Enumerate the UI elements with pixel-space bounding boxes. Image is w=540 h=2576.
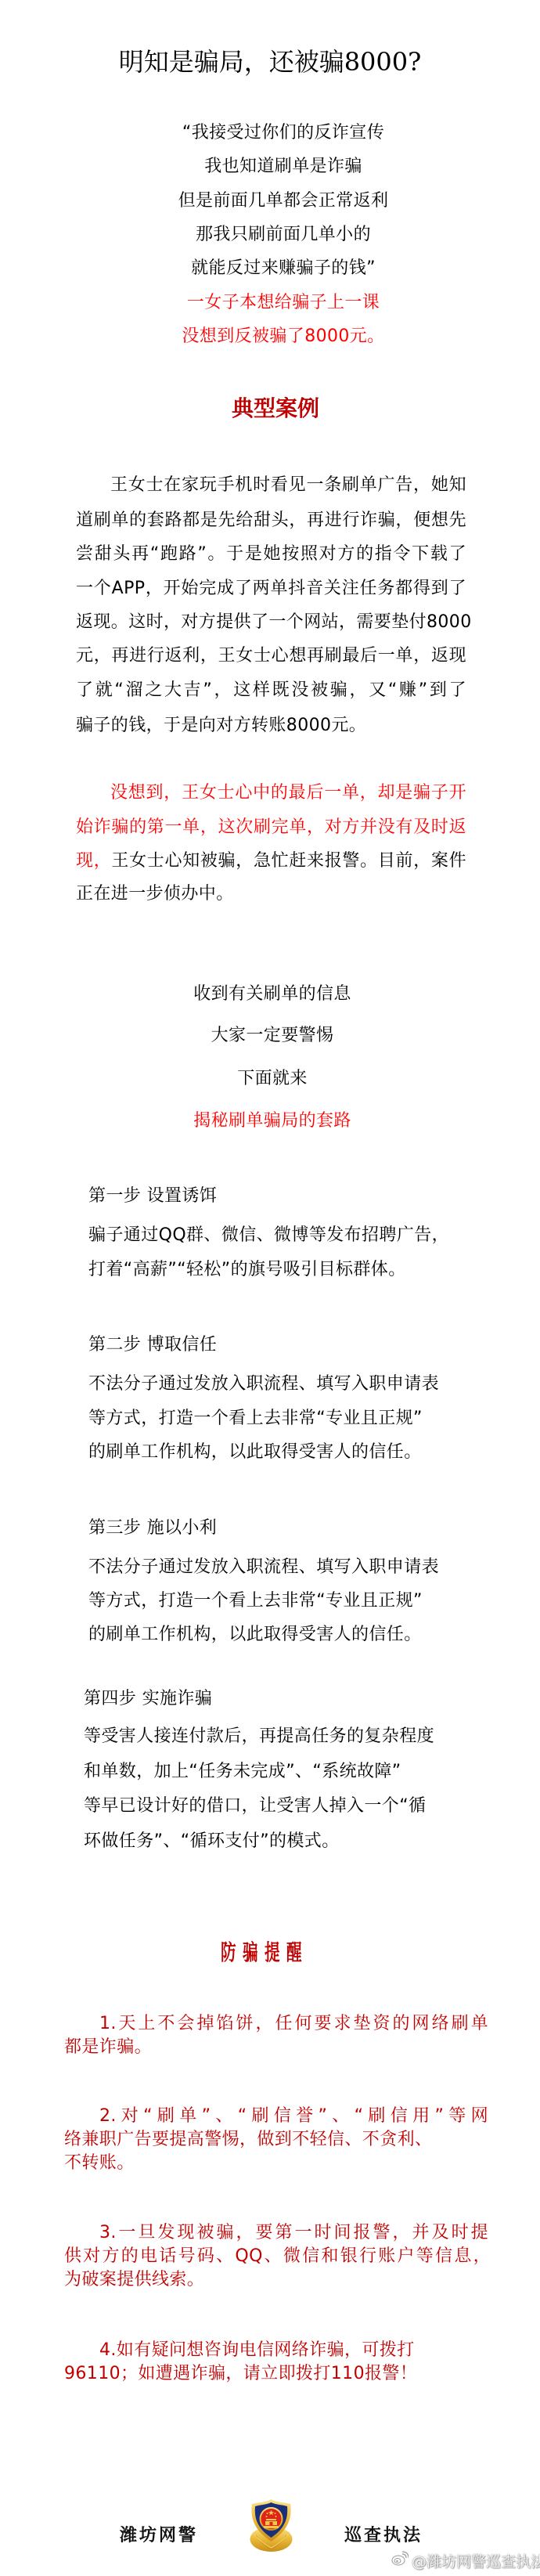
transition-line: 大家一定要警惕 [2, 1024, 540, 1048]
step-line: 等方式，打造一个看上去非常“专业且正规” [88, 1407, 423, 1431]
paragraph-line: 王女士在家玩手机时看见一条刷单广告，她知 [110, 474, 466, 497]
tip-line: 不转账。 [64, 2152, 491, 2175]
step-title: 第一步 设置诱饵 [88, 1185, 217, 1208]
step-line: 环做任务”、“循环支付”的模式。 [84, 1830, 340, 1853]
watermark-text: @潍坊网警巡查执法 [412, 2550, 540, 2571]
step-line: 的刷单工作机构，以此取得受害人的信任。 [88, 1441, 422, 1464]
transition-line: 下面就来 [2, 1067, 540, 1091]
tip-line: 3.一旦发现被骗，要第一时间报警，并及时提 [99, 2221, 488, 2245]
paragraph-line: 正在进一步侦办中。 [76, 882, 466, 906]
weibo-icon [391, 2551, 409, 2570]
paragraph-line: 返现。这时，对方提供了一个网站，需要垫付8000 [76, 611, 466, 634]
tip-line: 1.天上不会掉馅饼，任何要求垫资的网络刷单 [99, 2012, 488, 2036]
highlight-fragment: 现， [76, 851, 111, 871]
paragraph-line: 骗子的钱，于是向对方转账8000元。 [76, 714, 466, 738]
intro-highlight-line: 一女子本想给骗子上一课 [27, 291, 540, 315]
step-title: 第三步 施以小利 [88, 1517, 217, 1540]
step-line: 等早已设计好的借口，让受害人掉入一个“循 [84, 1795, 426, 1818]
paragraph-line-highlight: 没想到，王女士心中的最后一单，却是骗子开 [110, 781, 466, 805]
paragraph-line: 一个APP，开始完成了两单抖音关注任务都得到了 [76, 577, 466, 601]
step-line: 等受害人接连付款后，再提高任务的复杂程度 [84, 1725, 434, 1748]
tip-line: 为破案提供线索。 [64, 2268, 491, 2292]
step-line: 骗子通过QQ群、微信、微博等发布招聘广告， [88, 1224, 449, 1247]
anti-fraud-article: 明知是骗局，还被骗8000? “我接受过你们的反诈宣传 我也知道刷单是诈骗 但是… [0, 0, 540, 2576]
transition-highlight: 揭秘刷单骗局的套路 [2, 1109, 540, 1133]
police-emblem-icon [245, 2498, 297, 2553]
quote-line: “我接受过你们的反诈宣传 [27, 121, 540, 145]
step-line: 不法分子通过发放入职流程、填写入职申请表 [88, 1373, 439, 1396]
step-line: 的刷单工作机构，以此取得受害人的信任。 [88, 1623, 422, 1647]
step-title: 第四步 实施诈骗 [84, 1687, 212, 1711]
tip-line: 2.对“刷单”、“刷信誉”、“刷信用”等网 [99, 2105, 488, 2128]
quote-line: 但是前面几单都会正常返利 [27, 189, 540, 213]
tip-line: 供对方的电话号码、QQ、微信和银行账户等信息， [64, 2245, 491, 2268]
tip-line: 都是诈骗。 [64, 2036, 491, 2059]
quote-line: 我也知道刷单是诈骗 [27, 155, 540, 179]
step-line: 打着“高薪”“轻松”的旗号吸引目标群体。 [88, 1258, 406, 1282]
weibo-watermark: @潍坊网警巡查执法 [391, 2550, 540, 2571]
quote-line: 那我只刷前面几单小的 [27, 223, 540, 247]
step-line: 和单数，加上“任务未完成”、“系统故障” [84, 1760, 401, 1784]
paragraph-line: 元，再进行返利，王女士心想再刷最后一单，返现 [76, 644, 466, 668]
tip-line: 络兼职广告要提高警惕，做到不轻信、不贪利、 [64, 2128, 491, 2152]
paragraph-line: 尝甜头再“跑路”。于是她按照对方的指令下载了 [76, 543, 466, 566]
step-line: 等方式，打造一个看上去非常“专业且正规” [88, 1589, 423, 1613]
paragraph-line: 道刷单的套路都是先给甜头，再进行诈骗，便想先 [76, 509, 466, 532]
intro-highlight-line: 没想到反被骗了8000元。 [27, 325, 540, 348]
step-line: 不法分子通过发放入职流程、填写入职申请表 [88, 1556, 439, 1579]
paragraph-line: 了就“溜之大吉”，这样既没被骗，又“赚”到了 [76, 679, 466, 702]
tip-line: 96110；如遭遇诈骗，请立即拨打110报警！ [64, 2362, 417, 2386]
quote-line: 就能反过来赚骗子的钱” [27, 257, 540, 280]
tip-line: 4.如有疑问想咨询电信网络诈骗，可拨打 [99, 2339, 415, 2362]
tips-heading-text: 防骗提醒 [221, 1939, 308, 1967]
footer-left-label: 潍坊网警 [120, 2524, 198, 2547]
footer-right-label: 巡查执法 [344, 2524, 423, 2547]
section-heading-anti-fraud-tips: 防骗提醒 [0, 1939, 529, 1967]
paragraph-line-highlight: 始诈骗的第一单，这次刷完单，对方并没有及时返 [76, 816, 466, 839]
section-heading-typical-case: 典型案例 [5, 396, 540, 421]
plain-fragment: 王女士心知被骗，急忙赶来报警。目前，案件 [111, 851, 466, 871]
paragraph-line-mixed: 现，王女士心知被骗，急忙赶来报警。目前，案件 [76, 850, 466, 873]
transition-line: 收到有关刷单的信息 [2, 983, 540, 1006]
step-title: 第二步 博取信任 [88, 1333, 217, 1357]
page-title: 明知是骗局，还被骗8000? [0, 46, 540, 78]
